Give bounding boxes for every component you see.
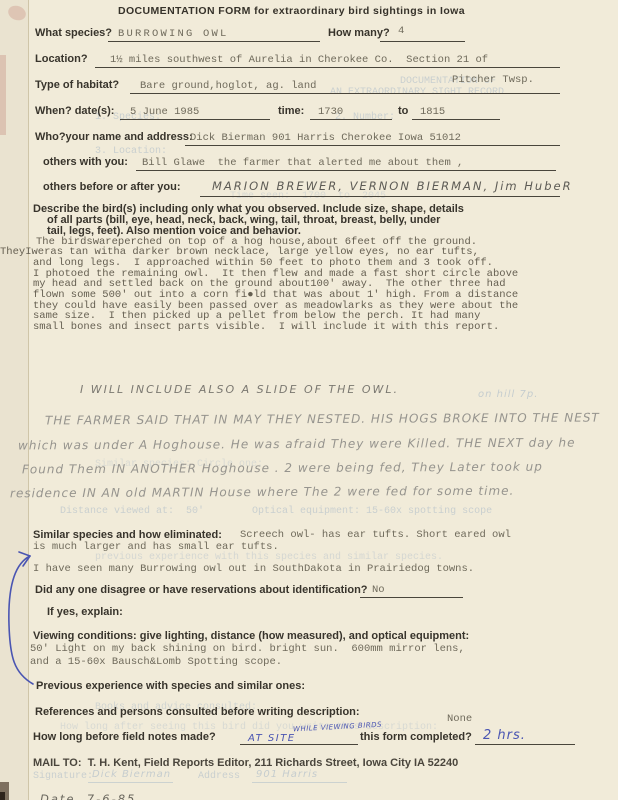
cut-off-bottom-line: Date 7-6-85 [40,793,580,800]
field-how-many-label: How many? [328,27,390,39]
page-title: DOCUMENTATION FORM for extraordinary bir… [118,5,465,17]
field-others-with-underline [136,170,556,171]
mail-to-line: MAIL TO: T. H. Kent, Field Reports Edito… [33,757,458,769]
field-others-before-label: others before or after you: [43,181,181,193]
scanned-document-page: DOCUMENTATION OF AN EXTRAORDINARY SIGHT … [0,0,618,800]
field-time-to-value: 1815 [420,106,445,118]
field-notes-value-handwritten: AT SITE [248,733,296,744]
field-habitat-label: Type of habitat? [35,79,119,91]
field-others-with-value: Bill Glawe the farmer that alerted me ab… [142,157,463,169]
ghost-signature-name: Dick Bierman [92,769,171,780]
field-habitat-value: Bare ground,hoglot, ag. land [140,80,316,92]
ghost-signature-label: Signature: [33,771,93,782]
field-to-label: to [398,105,408,117]
description-line: TheyIweras tan witha darker brown neckla… [0,247,479,258]
field-location-label: Location? [35,53,88,65]
field-how-many-value: 4 [398,25,404,37]
handwritten-farmer-note-line: residence IN AN old MARTIN House where T… [10,484,514,501]
description-line: and long legs. I approached within 50 fe… [33,258,493,269]
field-notes-underline [240,744,358,745]
field-others-before-underline [200,196,560,197]
field-location-underline [95,67,560,68]
field-similar-value: Screech owl- has ear tufts. Short eared … [240,529,511,541]
ghost-fragment: on hill 7p. [478,389,538,400]
handwritten-farmer-note-line: Found Them IN ANOTHER Hoghouse . 2 were … [22,460,543,477]
field-references-label: References and persons consulted before … [35,706,360,718]
field-who-value: Dick Bierman 901 Harris Cherokee Iowa 51… [190,132,461,144]
field-disagree-value: No [372,584,385,596]
field-notes-label: How long before field notes made? [33,731,216,743]
form-completed-value-handwritten: 2 hrs. [483,728,526,743]
paper-corner-shadow [0,792,5,800]
field-when-value: 5 June 1985 [130,106,199,118]
ghost-underline [88,782,173,783]
field-viewing-label: Viewing conditions: give lighting, dista… [33,630,469,642]
experience-note: I have seen many Burrowing owl out in So… [33,563,474,575]
ghost-fragment: Distance viewed at: 50' Optical equipmen… [60,506,492,517]
handwritten-slide-note: I WILL INCLUDE ALSO A SLIDE OF THE OWL. [80,383,399,396]
ghost-underline [252,782,347,783]
field-location-value: 1½ miles southwest of Aurelia in Cheroke… [110,54,488,66]
ghost-address-value: 901 Harris [256,769,318,780]
field-time-from-underline [310,119,392,120]
field-others-before-value-handwritten: MARION BREWER, VERNON BIERMAN, Jim HubeR [212,179,573,193]
ghost-address-label: Address [198,771,240,782]
field-species-value: BURROWING OWL [118,28,229,40]
field-when-label: When? date(s): [35,105,114,117]
ghost-fragment: 2. Number: [335,112,395,123]
margin-annotation-curve [0,545,90,705]
description-line: my head and settled back on the ground a… [33,279,506,290]
description-line: flown some 500' out into a corn fi●ld th… [33,290,518,301]
paper-stain [0,55,6,135]
description-line: small bones and insect parts visible. I … [33,322,499,333]
ghost-fragment: previous experience with this species an… [95,552,443,563]
field-similar-label: Similar species and how eliminated: [33,529,222,541]
handwritten-farmer-note-line: THE FARMER SAID THAT IN MAY THEY NESTED.… [45,411,600,428]
field-how-many-underline [380,41,465,42]
field-species-label: What species? [35,27,112,39]
field-who-label: Who?your name and address: [35,131,193,143]
description-line: same size. I then picked up a pellet fro… [33,311,480,322]
form-completed-label: this form completed? [360,731,472,743]
field-viewing-value-line: 50' Light on my back shining on bird. br… [30,643,465,655]
field-habitat-extra: Pitcher Twsp. [452,74,534,86]
field-who-underline [185,145,560,146]
handwritten-farmer-note-line: which was under A Hoghouse. He was afrai… [18,436,576,453]
field-species-underline [108,41,320,42]
form-completed-underline [475,744,575,745]
field-others-with-label: others with you: [43,156,128,168]
field-time-label: time: [278,105,304,117]
field-time-to-underline [412,119,500,120]
field-time-from-value: 1730 [318,106,343,118]
field-habitat-underline [130,93,560,94]
field-references-value: None [447,713,472,725]
field-disagree-underline [360,597,463,598]
field-when-underline [120,119,270,120]
